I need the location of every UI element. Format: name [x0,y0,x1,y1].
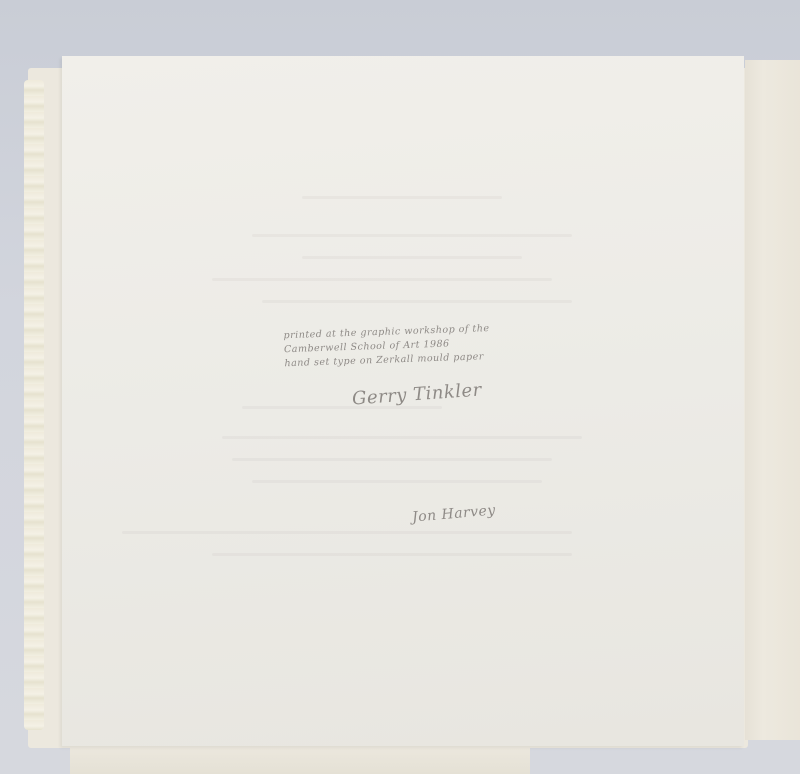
bottom-sheet [70,748,530,774]
signed-page: printed at the graphic workshop of the C… [62,56,744,746]
facing-page [745,60,800,740]
deckle-edge [24,80,44,730]
